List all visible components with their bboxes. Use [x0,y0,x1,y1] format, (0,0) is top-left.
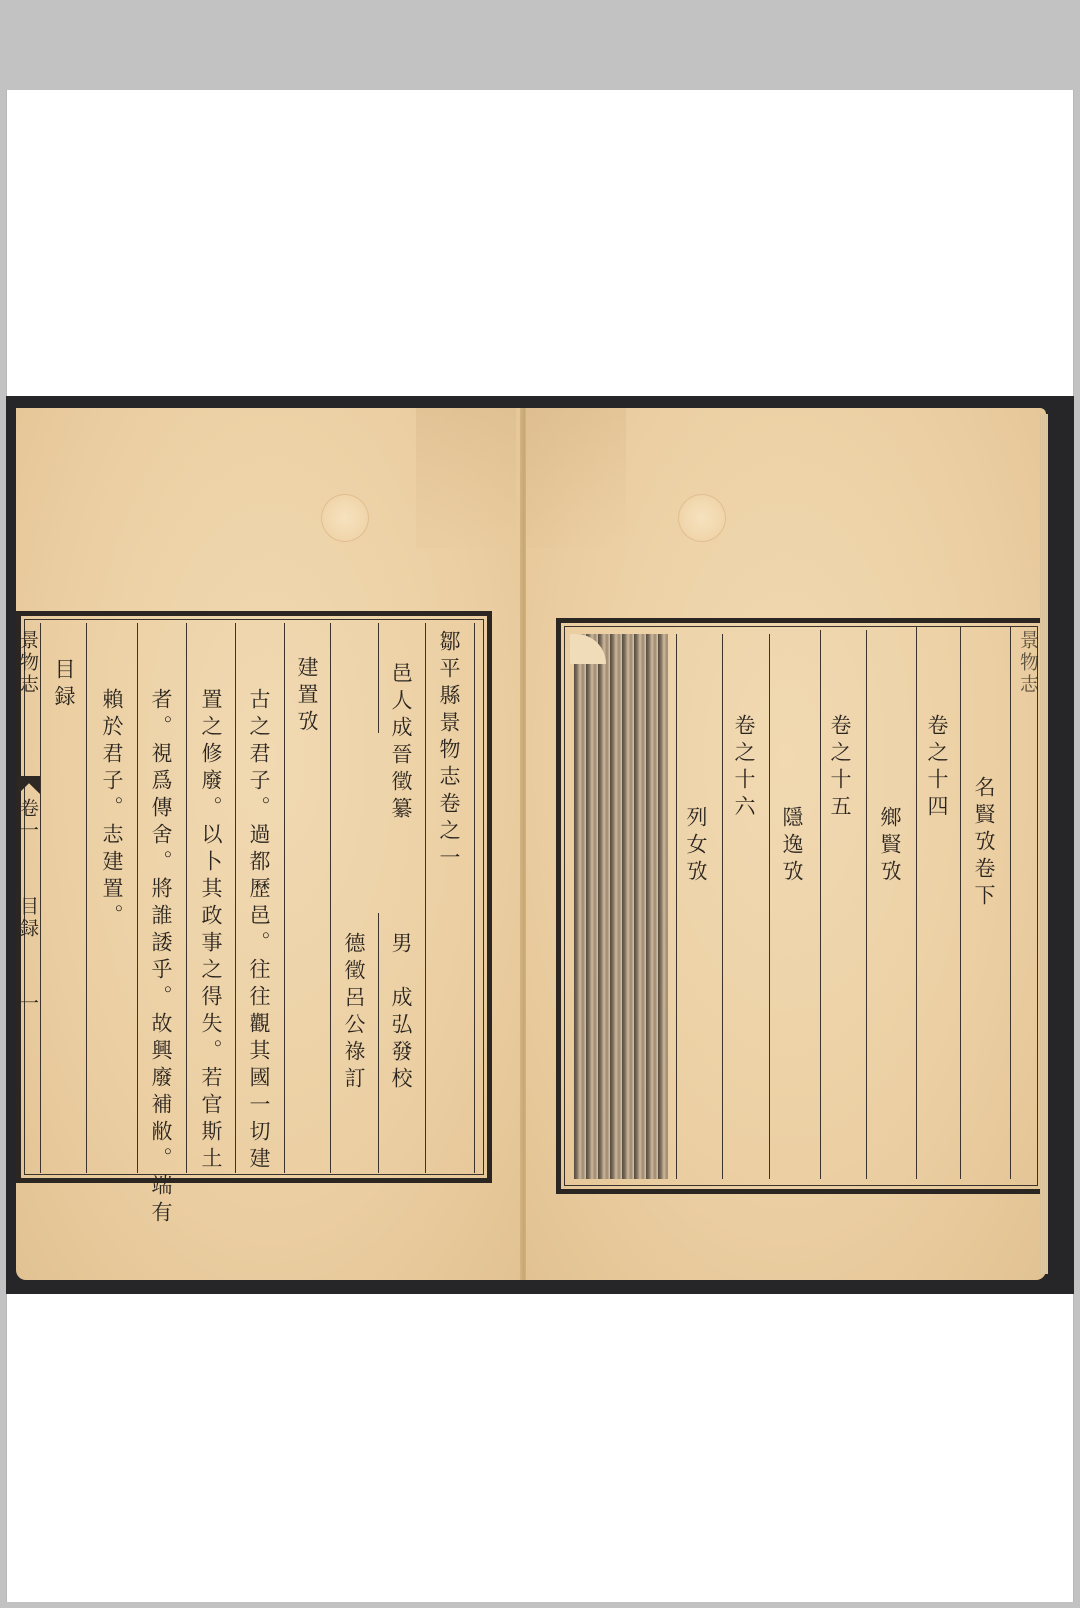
column-rule [284,623,285,1173]
body-text-line: 置之修廢。以卜其政事之得失。若官斯土 [199,688,223,1174]
body-text-line: 者。視爲傳舍。將誰諉乎。故興廢補敝。端有 [149,688,173,1228]
water-stain [321,494,369,542]
body-text-line: 古之君子。過都歷邑。往往觀其國一切建 [247,688,271,1174]
column-rule [40,623,41,1173]
editor-credit: 男 成弘發校 [389,932,413,1094]
column-rule [186,623,187,1173]
column-rule [769,634,770,1179]
reviser-credit: 德徵呂公祿訂 [342,932,366,1094]
compiler-credit: 邑人成晉徵纂 [389,662,413,824]
section-heading: 建置攷 [295,656,319,737]
toc-volume-number: 卷之十四 [925,714,949,822]
column-rule [425,623,426,1173]
toc-label: 目録 [52,658,76,712]
margin-page-number: 一 [16,993,40,1015]
water-stain [678,494,726,542]
margin-book-title: 景物志 [16,630,40,696]
column-rule [960,626,961,1179]
column-rule [866,630,867,1179]
toc-volume-number: 卷之十六 [732,714,756,822]
column-rule [916,626,917,1179]
toc-entry: 隱逸攷 [780,806,804,887]
left-page: 景物志 卷一 目録 一 鄒平縣景物志卷之一 邑人成晉徵纂 男 成弘發校 德徵呂公… [16,408,524,1280]
toc-entry: 鄉賢攷 [878,806,902,887]
margin-volume: 卷一 [16,798,40,842]
page-edges [1040,414,1048,1274]
column-rule [676,634,677,1179]
column-rule [330,623,331,1173]
column-rule [1010,626,1011,1179]
body-text-line: 賴於君子。志建置。 [100,688,124,931]
book-scan: 景物志 卷一 目録 一 鄒平縣景物志卷之一 邑人成晉徵纂 男 成弘發校 德徵呂公… [6,396,1074,1294]
water-stain [526,408,626,548]
column-rule [378,913,379,1173]
column-rule [235,623,236,1173]
blank-block-column [574,634,668,1179]
column-rule [378,623,379,733]
toc-entry: 名賢攷卷下 [972,776,996,911]
column-rule [137,623,138,1173]
column-rule [86,623,87,1173]
water-stain [416,408,516,548]
margin-section: 目録 [16,896,40,940]
column-rule [474,623,475,1173]
volume-title: 鄒平縣景物志卷之一 [437,630,461,873]
toc-entry: 列女攷 [684,806,708,887]
right-page: 景物志 名賢攷卷下 卷之十四 鄉賢攷 卷之十五 隱逸攷 卷之十六 列女攷 [526,408,1046,1280]
column-rule [820,630,821,1179]
toc-volume-number: 卷之十五 [828,714,852,822]
column-rule [722,634,723,1179]
margin-book-title: 景物志 [1016,630,1040,696]
